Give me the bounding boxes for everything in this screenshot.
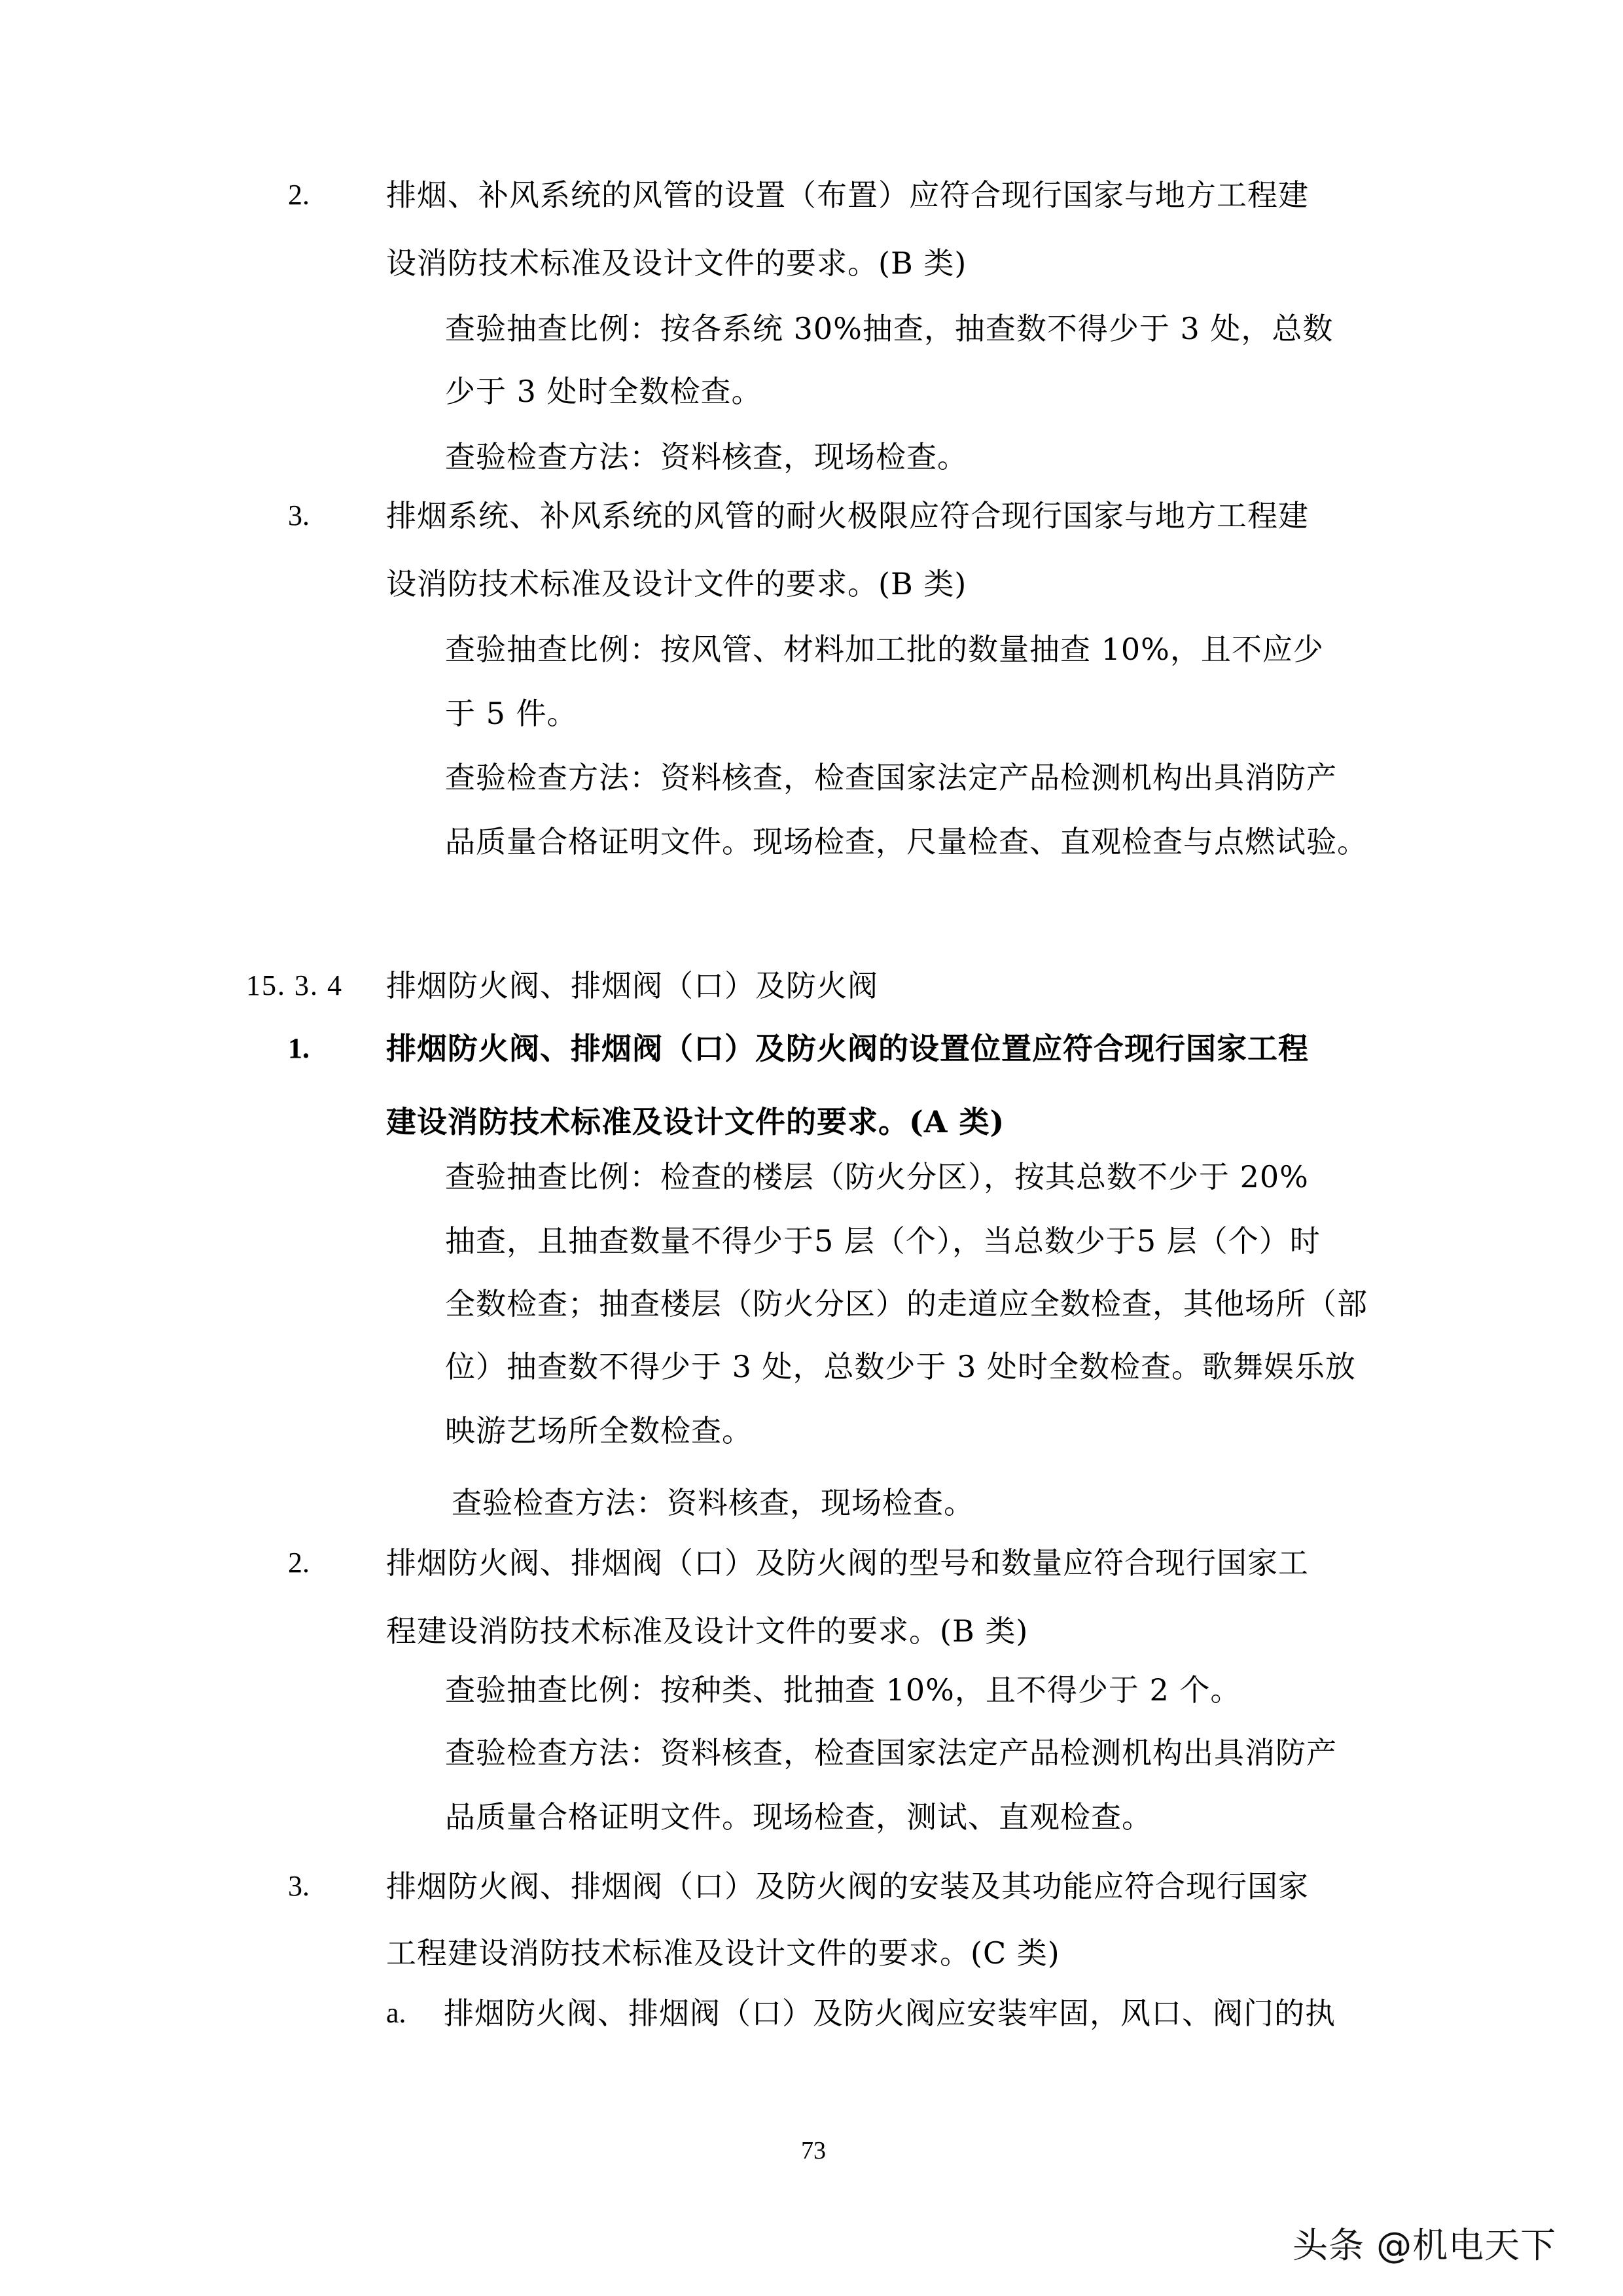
item-number: 2. [288,175,310,215]
inspection-method: 品质量合格证明文件。现场检查，测试、直观检查。 [445,1797,1152,1837]
item-text-line: 排烟防火阀、排烟阀（口）及防火阀的安装及其功能应符合现行国家 [386,1867,1309,1906]
sampling-ratio: 查验抽查比例：按种类、批抽查 10%，且不得少于 2 个。 [445,1670,1241,1710]
sub-item-text: 排烟防火阀、排烟阀（口）及防火阀应安装牢固，风口、阀门的执 [444,1994,1336,2033]
item-number: 2. [288,1543,310,1583]
inspection-method: 品质量合格证明文件。现场检查，尺量检查、直观检查与点燃试验。 [445,822,1368,861]
sampling-ratio: 查验抽查比例：按风管、材料加工批的数量抽查 10%，且不应少 [445,630,1324,669]
sampling-ratio: 少于 3 处时全数检查。 [445,372,762,411]
item-number: 1. [288,1029,310,1068]
watermark: 头条 @机电天下 [1293,2217,1556,2268]
sub-item-label: a. [386,1994,406,2033]
section-number: 15. 3. 4 [246,966,343,1005]
item-text-line: 设消防技术标准及设计文件的要求。(B 类) [386,564,967,603]
sampling-ratio: 查验抽查比例：检查的楼层（防火分区），按其总数不少于 20% [445,1157,1309,1196]
item-text-line: 设消防技术标准及设计文件的要求。(B 类) [386,243,967,283]
sampling-ratio: 映游艺场所全数检查。 [445,1411,753,1450]
item-text-line: 工程建设消防技术标准及设计文件的要求。(C 类) [386,1933,1060,1973]
item-text-line: 建设消防技术标准及设计文件的要求。(A 类) [386,1102,1005,1141]
item-text-line: 排烟系统、补风系统的风管的耐火极限应符合现行国家与地方工程建 [386,496,1309,535]
item-number: 3. [288,1867,310,1906]
sampling-ratio: 查验抽查比例：按各系统 30%抽查，抽查数不得少于 3 处，总数 [445,309,1333,348]
sampling-ratio: 抽查，且抽查数量不得少于5 层（个），当总数少于5 层（个）时 [445,1221,1321,1261]
inspection-method: 查验检查方法：资料核查，现场检查。 [452,1483,974,1522]
inspection-method: 查验检查方法：资料核查，现场检查。 [445,437,968,476]
item-text-line: 排烟防火阀、排烟阀（口）及防火阀的型号和数量应符合现行国家工 [386,1543,1309,1583]
sampling-ratio: 全数检查；抽查楼层（防火分区）的走道应全数检查，其他场所（部 [445,1284,1368,1323]
item-number: 3. [288,496,310,535]
item-text-line: 排烟、补风系统的风管的设置（布置）应符合现行国家与地方工程建 [386,175,1309,215]
sampling-ratio: 位）抽查数不得少于 3 处，总数少于 3 处时全数检查。歌舞娱乐放 [445,1347,1356,1386]
sampling-ratio: 于 5 件。 [445,694,578,733]
inspection-method: 查验检查方法：资料核查，检查国家法定产品检测机构出具消防产 [445,1733,1337,1772]
section-title: 排烟防火阀、排烟阀（口）及防火阀 [386,966,878,1005]
page-number: 73 [801,2136,826,2165]
item-text-line: 程建设消防技术标准及设计文件的要求。(B 类) [386,1611,1028,1651]
item-text-line: 排烟防火阀、排烟阀（口）及防火阀的设置位置应符合现行国家工程 [386,1029,1309,1068]
inspection-method: 查验检查方法：资料核查，检查国家法定产品检测机构出具消防产 [445,758,1337,797]
